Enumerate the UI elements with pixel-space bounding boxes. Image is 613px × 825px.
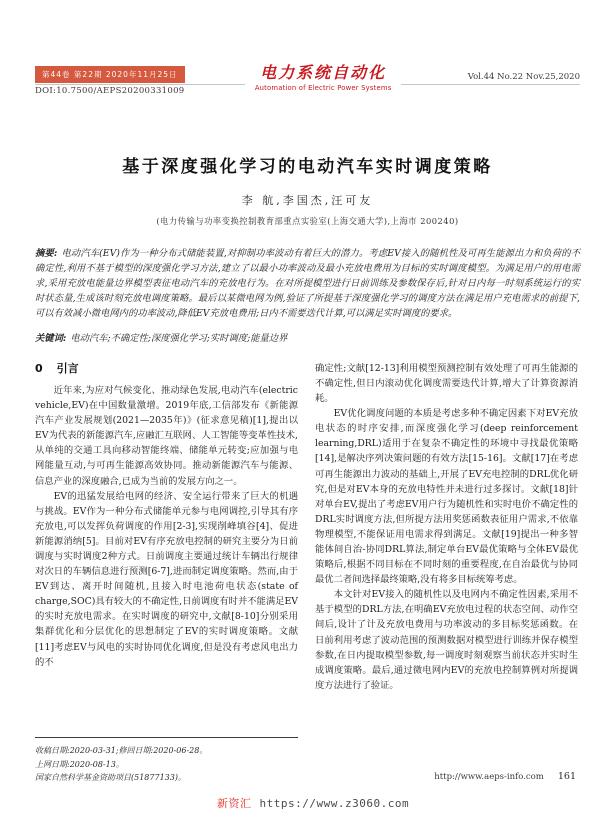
section-number: 0 (35, 362, 43, 375)
watermark-url: https://www.z3060.com (260, 797, 410, 810)
journal-logo: 电力系统自动化 (255, 64, 392, 82)
issue-info-badge: 第44卷 第22期 2020年11月25日 (35, 66, 185, 83)
footnote-block: 收稿日期:2020-03-31;修回日期:2020-06-28。 上网日期:20… (35, 737, 298, 785)
section-title: 引言 (57, 362, 79, 375)
abstract-paragraph: 摘要:电动汽车(EV)作为一种分布式储能装置,对抑制功率波动有着巨大的潜力。考虑… (35, 246, 580, 321)
header-left: 第44卷 第22期 2020年11月25日 DOI:10.7500/AEPS20… (35, 66, 185, 96)
section-heading-introduction: 0引言 (35, 361, 298, 376)
footnote-funding: 国家自然科学基金资助项目(51877133)。 (35, 771, 298, 785)
affiliation-line: (电力传输与功率变换控制教育部重点实验室(上海交通大学),上海市 200240) (35, 215, 580, 227)
journal-header: 第44卷 第22期 2020年11月25日 DOI:10.7500/AEPS20… (35, 66, 580, 106)
journal-website-url: http://www.aeps-info.com (434, 772, 544, 782)
watermark: 新资汇https://www.z3060.com (217, 795, 409, 811)
right-column: 确定性;文献[12-13]利用模型预测控制有效处理了可再生能源的不确定性,但日内… (315, 361, 578, 785)
doi-text: DOI:10.7500/AEPS20200331009 (35, 86, 185, 96)
watermark-brand: 新资汇 (217, 797, 252, 810)
left-column: 0引言 近年来,为应对气候变化、推动绿色发展,电动汽车(electric veh… (35, 361, 298, 785)
keywords-label: 关键词: (35, 333, 66, 344)
body-paragraph: 本文针对EV接入的随机性以及电网内不确定性因素,采用不基于模型的DRL方法,在明… (315, 587, 578, 693)
body-paragraph: EV的迅猛发展给电网的经济、安全运行带来了巨大的机遇与挑战。EV作为一种分布式储… (35, 489, 298, 670)
page-footer: http://www.aeps-info.com161 (315, 769, 578, 785)
body-paragraph: 近年来,为应对气候变化、推动绿色发展,电动汽车(electric vehicle… (35, 383, 298, 489)
journal-logo-block: 电力系统自动化 Automation of Electric Power Sys… (245, 64, 402, 92)
authors-line: 李 航,李国杰,汪可友 (35, 192, 580, 208)
keywords-text: 电动汽车;不确定性;深度强化学习;实时调度;能量边界 (70, 333, 287, 344)
page-number: 161 (558, 771, 576, 782)
journal-name-en: Automation of Electric Power Systems (255, 84, 392, 92)
body-paragraph: 确定性;文献[12-13]利用模型预测控制有效处理了可再生能源的不确定性,但日内… (315, 361, 578, 406)
body-paragraph: EV优化调度问题的本质是考虑多种不确定因素下对EV充放电状态的时序安排,而深度强… (315, 406, 578, 587)
footnote-received-date: 收稿日期:2020-03-31;修回日期:2020-06-28。 (35, 744, 298, 758)
footnote-online-date: 上网日期:2020-08-13。 (35, 758, 298, 772)
keywords-line: 关键词:电动汽车;不确定性;深度强化学习;实时调度;能量边界 (35, 331, 580, 346)
paper-title: 基于深度强化学习的电动汽车实时调度策略 (35, 152, 580, 177)
abstract-text: 电动汽车(EV)作为一种分布式储能装置,对抑制功率波动有着巨大的潜力。考虑EV接… (35, 248, 580, 319)
two-column-body: 0引言 近年来,为应对气候变化、推动绿色发展,电动汽车(electric veh… (35, 361, 580, 785)
volume-info: Vol.44 No.22 Nov.25,2020 (462, 72, 580, 82)
abstract-label: 摘要: (35, 248, 57, 259)
paper-page: 第44卷 第22期 2020年11月25日 DOI:10.7500/AEPS20… (0, 0, 613, 825)
